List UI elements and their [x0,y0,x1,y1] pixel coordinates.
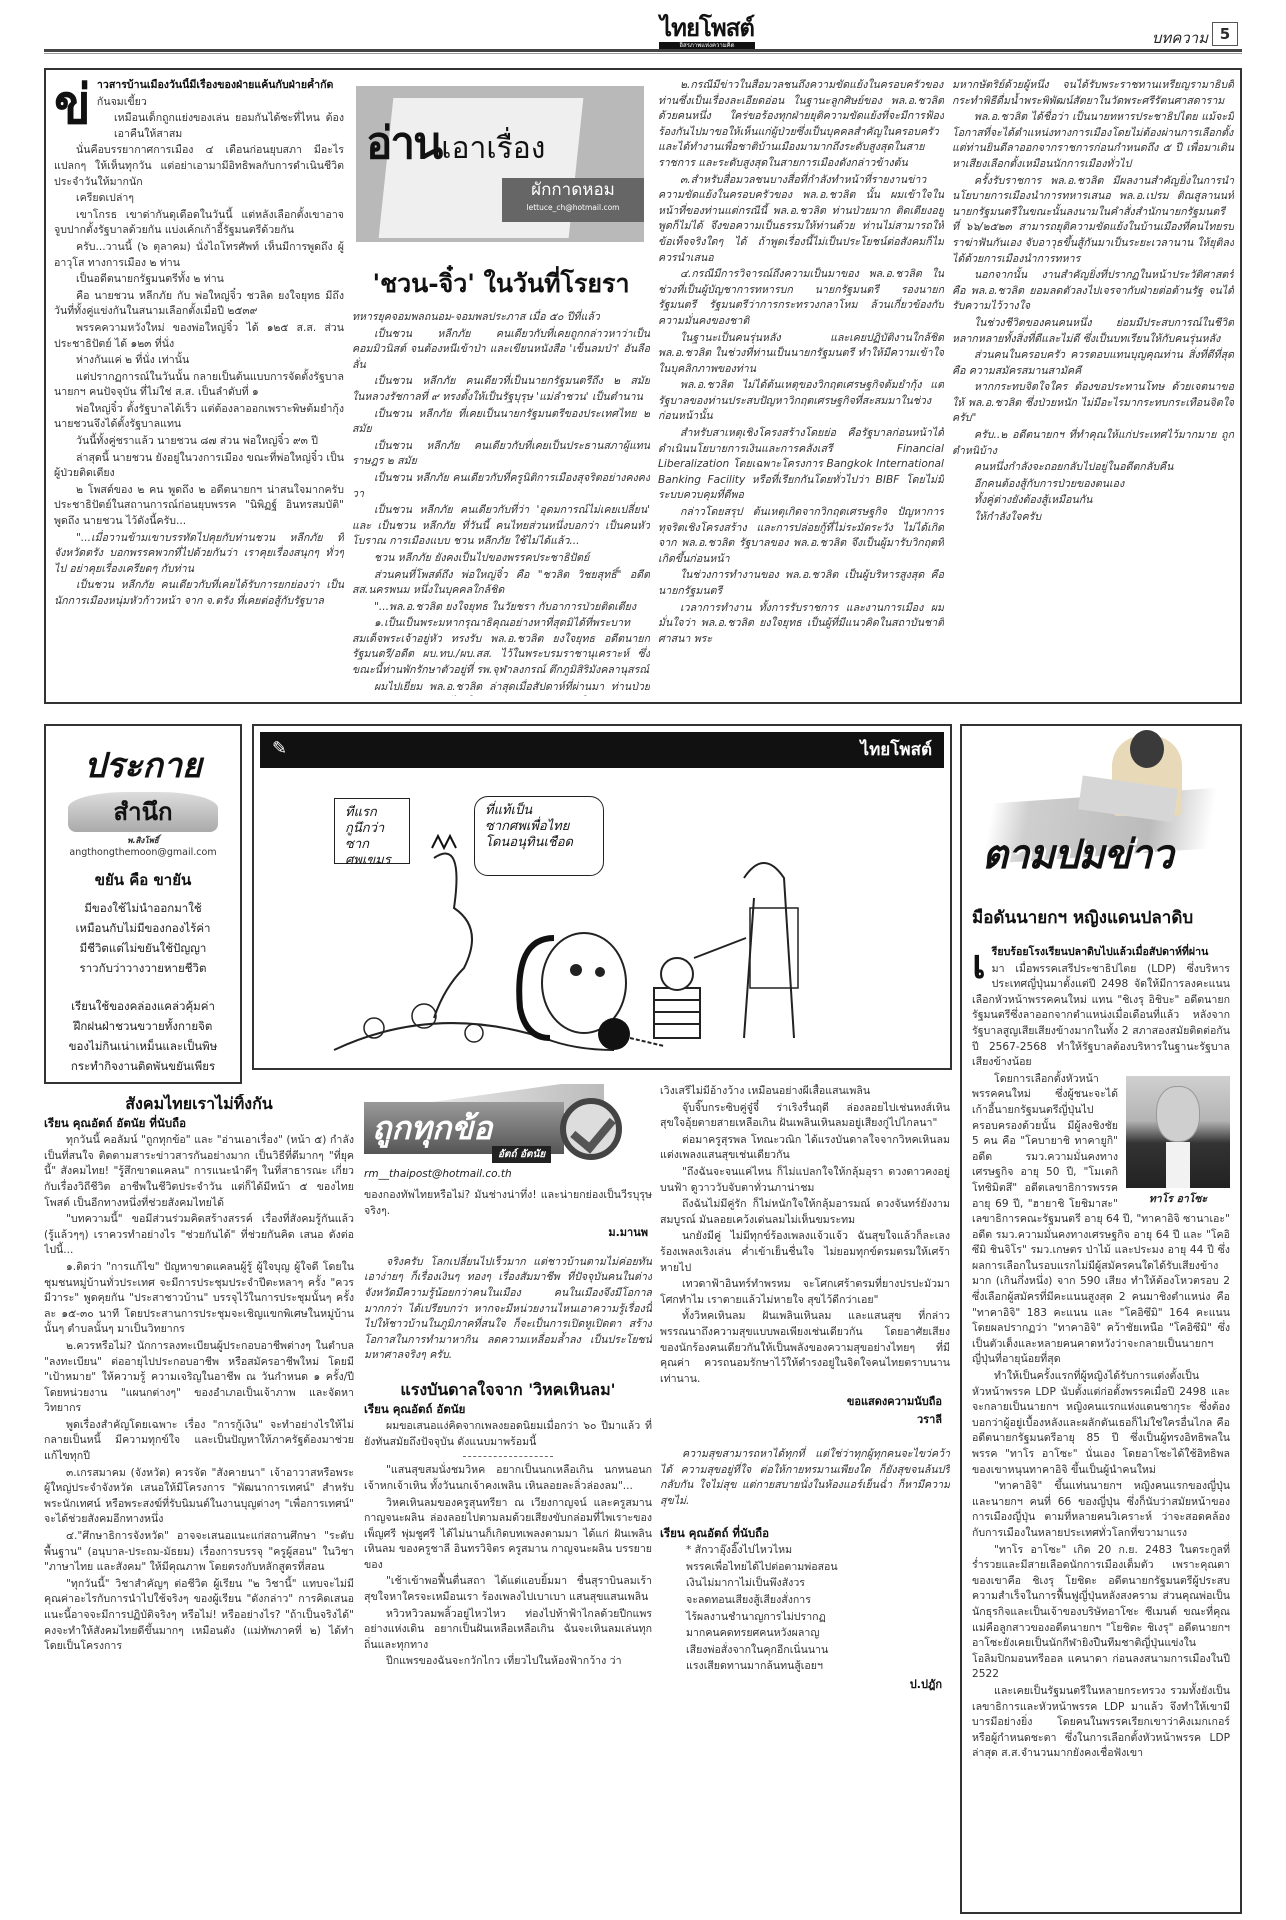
poem-line: แรงเสียดทานมากล้นทนสู้เอยฯ [660,1659,950,1675]
paragraph: เป็นชวน หลีกภัย คนเดียวกับที่เคยเป็นประธ… [352,439,650,470]
bubble-line: โดนอนุทินเชือด [485,835,593,851]
paragraph: "ถึงฉันจะจนแค่ไหน ก็ไม่แปลกใจให้กลุ้มอุร… [660,1165,950,1196]
paragraph: ทหารยุคจอมพลถนอม-จอมพลประภาส เมื่อ ๕๐ ปี… [352,310,650,326]
letter-signature: ม.มานพ [364,1225,652,1241]
bubble-line: ที่แท้เป็น [485,803,593,819]
paragraph: แต่ปรากฏการณ์ในวันนั้น กลายเป็นต้นแบบการ… [54,370,344,401]
paragraph: สำหรับสาเหตุเชิงโครงสร้างโดยย่อ คือรัฐบา… [658,426,944,504]
paragraph: วิหคเหินลมของครูสุนทรียา ณ เวียงกาญจน์ แ… [364,1496,652,1574]
face-shape [1156,1086,1200,1142]
paragraph: ห่างกันแค่ ๒ ที่นั่ง เท่านั้น [54,353,344,369]
poem-line: ไร้ผลงานชำนาญการไม่ปรากฏ [660,1610,950,1626]
tonpon-khao-column: ตามปมข่าว มือดันนายกฯ หญิงแดนปลาดิบ เ รี… [960,724,1242,1914]
paragraph: ๔.กรณีมีการวิจารณ์ถึงความเป็นมาของ พล.อ.… [658,267,944,329]
paragraph: ต่อมาครูสุรพล โทณะวณิก ได้แรงบันดาลใจจาก… [660,1133,950,1164]
paragraph: เป็นชวน หลีกภัย คนเดียวกับที่เคยถูกกล่าว… [352,327,650,374]
paragraph: กล่าวโดยสรุป ต้นเหตุเกิดจากวิกฤตเศรษฐกิจ… [658,505,944,567]
tonpon-logo: ตามปมข่าว [962,726,1240,896]
column-byline: ผักกาดหอม lettuce_ch@hotmail.com [502,178,644,222]
paragraph: ล่าสุดนี้ นายชวน ยังอยู่ในวงการเมือง ขณะ… [54,451,344,482]
paragraph: เครียดเปล่าๆ [54,191,344,207]
letter-title: แรงบันดาลใจจาก 'วิหคเหินลม' [364,1382,652,1398]
quote-paragraph: เป็นชวน หลีกภัย คนเดียวกับที่เคยได้รับกา… [54,578,344,609]
photo-caption: ทาโร อาโซะ [1126,1192,1230,1208]
cartoon-drawing: ทีแรก กูนึกว่าซาก ศพเขมร ที่แท้เป็น ซากศ… [314,788,894,1064]
paragraph: หวิวหวิวลมพลิ้วอยู่ไหวไหว ท่องไปท้าฟ้าไก… [364,1607,652,1654]
paragraph: พ่อใหญ่จิ๋ว ตั้งรัฐบาลได้เร็ว แต่ต้องลาอ… [54,402,344,433]
paragraph: และเคยเป็นรัฐมนตรีในหลายกระทรวง รวมทั้งย… [972,1684,1230,1762]
letter-salutation: เรียน คุณอัตถ์ อัตนัย ที่นับถือ [44,1116,354,1132]
paragraph: อีกคนต้องสู้กับการป่วยของตนเอง [952,477,1234,493]
poem-line: เสียงพ่อสั่งจากในคุกอีกเนิ่นนาน [660,1643,950,1659]
poem-line: กระทำกิจงานติดพันขยันเพียร [46,1056,240,1076]
paragraph: นอกจากนั้น งานสำคัญยิ่งที่ปรากฏในหน้าประ… [952,268,1234,315]
signature-closing: ขอแสดงความนับถือ [660,1393,950,1411]
poem: * สักวาอุ๊งอิ๊งไปไหวไหม พรรคเพื่อไทยได้ไ… [660,1543,950,1675]
paragraph: ๒.กรณีมีข่าวในสื่อมวลชนถึงความขัดแย้งในค… [658,78,944,172]
paragraph: ๒ โพสต์ของ ๒ คน พูดถึง ๒ อดีตนายกฯ น่าสน… [54,483,344,530]
paragraph: ส่วนคนในครอบครัว ควรตอบแทนบุญคุณท่าน สิ่… [952,348,1234,379]
poem-line: ราวกับว่าวางวายหายชีวิต [46,958,240,978]
editor-reply: จริงครับ โลกเปลี่ยนไปเร็วมาก แต่ชาวบ้านต… [364,1255,652,1364]
cartoon-brand: ไทยโพสต์ [861,736,932,764]
section-label: บทความ [1152,26,1208,50]
tonpon-headline: มือดันนายกฯ หญิงแดนปลาดิบ [962,896,1240,945]
tukthuk-column: ถูกทุกข้อ อัตถ์ อัตนัย rm__thaipost@hotm… [364,1084,652,1914]
speech-bubble-left: ทีแรก กูนึกว่าซาก ศพเขมร [334,798,410,864]
poem-line: ฝึกฝนฝ่าชวนขวายทั้งกายจิต [46,1016,240,1036]
top-article-box: ข่ าวสารบ้านเมืองวันนี้มีเรื่องของฝ่ายแค… [44,68,1242,704]
article-column-2: อ่านเอาเรื่อง ผักกาดหอม lettuce_ch@hotma… [352,78,650,696]
paragraph: ครับ...วานนี้ (๖ ตุลาคม) นั่งไถโทรศัพท์ … [54,240,344,271]
lead-text: าวสารบ้านเมืองวันนี้มีเรื่องของฝ่ายแค้นก… [54,78,344,94]
poem-line: เหมือนกับไม่มีของกองไร้ค่า [46,918,240,938]
paragraph: จุ๊บจิ๊บกระซิบคู่จู๋จี๋ ร่าเริงรื่นฤดี ล… [660,1101,950,1132]
paragraph: เป็นชวน หลีกภัย คนเดียวกับที่ครูนิติการเ… [352,471,650,502]
column-banner-anaoreuang: อ่านเอาเรื่อง ผักกาดหอม lettuce_ch@hotma… [356,86,644,242]
poem-line: มีของใช้ไม่นำออกมาใช้ [46,898,240,918]
paragraph: เป็นชวน หลีกภัย ที่เคยเป็นนายกรัฐมนตรีขอ… [352,407,650,438]
poem-author: พ.สิงโพธิ์ [46,834,240,847]
paragraph: "บทความนี้" ขอมีส่วนร่วมคิดสร้างสรรค์ เร… [44,1212,354,1259]
cartoon-header-bar: ✎ ไทยโพสต์ [260,732,944,768]
poem-title: ขยัน คือ ขายัน [46,868,240,892]
paragraph: หากกระทบจิตใจใคร ต้องขอประทานโทษ ด้วยเจต… [952,380,1234,427]
paragraph: "ทาคาอิจิ" ขึ้นแท่นนายกฯ หญิงคนแรกของญี่… [972,1479,1230,1541]
logo-text: ไทยโพสต์ [642,14,772,42]
prakai-logo: ประกาย [46,738,240,792]
masthead: ไทยโพสต์ อิสรภาพแห่งความคิด บทความ 5 [44,0,1242,56]
cartoonist-mark-icon: ✎ [272,738,318,762]
paragraph: พล.อ.ชวลิต ไม่ได้ต้นเหตุของวิกฤตเศรษฐกิจ… [658,378,944,425]
paragraph: เป็นชวน หลีกภัย คนเดียวที่เป็นนายกรัฐมนต… [352,374,650,405]
author-email[interactable]: lettuce_ch@hotmail.com [502,202,644,214]
paragraph: ในช่วงการทำงานของ พล.อ.ชวลิต เป็นผู้บริห… [658,568,944,599]
letter-social-column: สังคมไทยเราไม่ทิ้งกัน เรียน คุณอัตถ์ อัต… [44,1094,354,1914]
paragraph: ทั้งคู่ต่างยังต้องสู้เหมือนกัน [952,493,1234,509]
article-column-1: ข่ าวสารบ้านเมืองวันนี้มีเรื่องของฝ่ายแค… [54,78,344,696]
paragraph: ๓.เกรสมาคม (จังหวัด) ควรจัด "สังคายนา" เ… [44,1466,354,1528]
poem-author-email[interactable]: angthongthemoon@gmail.com [46,847,240,858]
quote: เหมือนเด็กถูกแย่งของเล่น ยอมกันได้ซะที่ไ… [54,111,344,142]
paragraph: ทุกวันนี้ คอลัมน์ "ถูกทุกข้อ" และ "อ่านเ… [44,1133,354,1211]
bubble-line: ทีแรก [345,805,399,821]
article-column-4: มหากษัตริย์ด้วยผู้หนึ่ง จนได้รับพระราชทา… [952,78,1234,696]
paragraph: ให้กำลังใจครับ [952,510,1234,526]
paragraph: "ทาโร อาโซะ" เกิด 20 ก.ย. 2483 ในตระกูลท… [972,1543,1230,1683]
paragraph: นั่นคือบรรยากาศการเมือง ๔ เดือนก่อนยุบสภ… [54,143,344,190]
paragraph: มหากษัตริย์ด้วยผู้หนึ่ง จนได้รับพระราชทา… [952,78,1234,109]
paragraph: ในฐานะเป็นคนรุ่นหลัง และเคยปฏิบัติงานใกล… [658,331,944,378]
paragraph: คนหนึ่งกำลังจะถอยกลับไปอยู่ในอดีตกลับคืน [952,460,1234,476]
header-rule [44,49,1242,52]
tukthuk-email[interactable]: rm__thaipost@hotmail.co.th [364,1168,512,1180]
paragraph: "...พล.อ.ชวลิต ยงใจยุทธ ในวัยชรา กับอากา… [352,600,650,616]
paragraph: ๔."ศึกษาธิการจังหวัด" อาจจะเสนอแนะแก่สถา… [44,1529,354,1576]
poem-line: มีชีวิตแต่ไม่ขยันใช้ปัญญา [46,938,240,958]
lead-text: รียบร้อยโรงเรียนปลาดิบไปแล้วเมื่อสัปดาห์… [972,945,1230,961]
letter-salutation: เรียน คุณอัตถ์ อัตนัย [364,1402,652,1418]
letter-title: สังคมไทยเราไม่ทิ้งกัน [44,1096,354,1112]
poem-line: เงินไม่มากาไม่เป็นพึงสังวร [660,1576,950,1592]
poem-line: * สักวาอุ๊งอิ๊งไปไหวไหม [660,1543,950,1559]
column-title-small: เอาเรื่อง [441,131,545,166]
paragraph: เป็นชวน หลีกภัย คนเดียวกับที่ว่า 'อุดมกา… [352,503,650,550]
paragraph: ๑.ติดว่า "การแก้ไข" ปัญหาขาดแคลนผู้รู้ ผ… [44,1260,354,1338]
quote-paragraph: "...เมื่อวานข้ามเขาบรรทัดไปคุยกับท่านชวน… [54,531,344,578]
poem-line: มากคนคดทรยศคนหวังผลาญ [660,1626,950,1642]
paragraph: ผมไปเยี่ยม พล.อ.ชวลิต ล่าสุดเมื่อสัปดาห์… [352,680,650,696]
paragraph: "ทุกวันนี้" วิชาสำคัญๆ ต่อชีวิต ผู้เรียน… [44,1577,354,1655]
paragraph: เวลาการทำงาน ทั้งการรับราชการ และงานการเ… [658,601,944,648]
paragraph: ๒.ควรหรือไม่? นักการลงทะเบียนผู้ประกอบอา… [44,1339,354,1417]
dropcap: เ [972,945,986,985]
poem-line: เรียนใช้ของคล่องแคล่วคุ้มค่า [46,996,240,1016]
tonpon-body: เ รียบร้อยโรงเรียนปลาดิบไปแล้วเมื่อสัปดา… [962,945,1240,1762]
poem-line: จะลดทอนเสียงสู้เสียงสั่งการ [660,1593,950,1609]
divider [463,1456,553,1457]
bubble-line: กูนึกว่าซาก [345,821,399,853]
checkmark-icon [560,1098,622,1160]
poem-line: ของไม่กินเน่าเหม็นและเป็นพิษ [46,1036,240,1056]
paragraph: พล.อ.ชวลิต ได้ชื่อว่า เป็นนายทหารประชาธิ… [952,110,1234,172]
letter-signature: ป.ปฎัก [660,1676,950,1694]
prakai-samnuek-box: ประกาย สำนึก พ.สิงโพธิ์ angthongthemoon@… [44,724,242,1084]
shirt-shape [1166,1142,1190,1188]
page-number: 5 [1212,22,1238,46]
poem-verse-1: มีของใช้ไม่นำออกมาใช้ เหมือนกับไม่มีของก… [46,898,240,978]
paragraph: มา เมื่อพรรคเสรีประชาธิปไตย (LDP) ซึ่งบร… [972,962,1230,1071]
paragraph: คือ นายชวน หลีกภัย กับ พ่อใหญ่จิ๋ว ชวลิต… [54,289,344,320]
article-headline: 'ชวน-จิ๋ว' ในวันที่โรยรา [352,264,650,304]
paragraph: ๓.สำหรับสื่อมวลชนบางสื่อที่กำลังทำหน้าที… [658,173,944,267]
paragraph: ส่วนคนที่โพสต์ถึง พ่อใหญ่จิ๋ว คือ "ชวลิต… [352,568,650,599]
photo-taro-aso: ทาโร อาโซะ [1126,1076,1230,1208]
paragraph: "เช้าเข้าพอฟื้นตื่นสถา ได้แต่แอบยิ้มมา ช… [364,1574,652,1605]
paragraph: ในช่วงชีวิตของคนคนหนึ่ง ย่อมมีประสบการณ์… [952,316,1234,347]
paragraph: ชวน หลีกภัย ยังคงเป็นไปของพรรคประชาธิปัต… [352,551,650,567]
author-name: ผักกาดหอม [502,178,644,202]
paragraph: เขาโกรธ เขาด่ากันดุเดือดในวันนี้ แต่หลัง… [54,208,344,239]
column-title-big: อ่าน [366,118,441,169]
speech-bubble-right: ที่แท้เป็น ซากศพเพื่อไทย โดนอนุทินเชือด [474,796,604,876]
tukthuk-author: อัตถ์ อัตนัย [492,1146,551,1163]
reader-head [1130,730,1164,768]
poem-verse-2: เรียนใช้ของคล่องแคล่วคุ้มค่า ฝึกฝนฝ่าชวน… [46,996,240,1076]
paragraph: ปีกแพรของฉันจะกวักไกว เที่ยวไปในห้องฟ้าก… [364,1654,652,1670]
paragraph: ผมขอเสนอแง่คิดจากเพลงยอดนิยมเมื่อกว่า ๖๐… [364,1419,652,1450]
portrait-image [1126,1076,1230,1188]
paragraph: "แสนสุขสมนั่งชมวิหค อยากเป็นนกเหลือเกิน … [364,1463,652,1494]
paragraph: ถึงฉันไม่มีคู่รัก ก็ไม่หนักใจให้กลุ้มอาร… [660,1197,950,1228]
paragraph: ทั้งวิหคเหินลม ฝันเพลินเหินลม และแสนสุข … [660,1309,950,1387]
paragraph: เทวดาฟ้าอินทร์ทำพรหม จะโศกเศร้าตรมที่ยาง… [660,1277,950,1308]
paragraph: เวิงเสรีไม่มีอ้างว้าง เหมือนอย่างผีเสื้อ… [660,1084,950,1100]
letter-salutation: เรียน คุณอัตถ์ ที่นับถือ [660,1526,950,1542]
tukthuk-banner: ถูกทุกข้อ อัตถ์ อัตนัย rm__thaipost@hotm… [364,1084,652,1188]
paragraph: พูดเรื่องสำคัญโดยเฉพาะ เรื่อง "การกู้เงิ… [44,1418,354,1465]
paragraph: พรรคความหวังใหม่ ของพ่อใหญ่จิ๋ว ได้ ๑๒๕ … [54,321,344,352]
editorial-cartoon: ✎ ไทยโพสต์ [252,724,952,1070]
article-column-3: ๒.กรณีมีข่าวในสื่อมวลชนถึงความขัดแย้งในค… [658,78,944,696]
bubble-line: ศพเขมร [345,853,399,869]
tonpon-brand: ตามปมข่าว [982,822,1173,886]
column-title: อ่านเอาเรื่อง [366,108,545,178]
paragraph: กันจมเขี้ยว [54,95,344,111]
paragraph: นกยังมีคู่ ไม่มีทุกข์ร้องเพลงแจ้วแจ้ว ฉั… [660,1229,950,1276]
paragraph: ของกองทัพไทยหรือไม่? มันช่างน่าทึ่ง! และ… [364,1188,652,1219]
signature-name: วราลี [660,1411,950,1429]
paragraph: ทำให้เป็นครั้งแรกที่ผู้หญิงได้รับการแต่ง… [972,1369,1230,1478]
newspaper-logo: ไทยโพสต์ อิสรภาพแห่งความคิด [642,14,772,54]
editor-reply: ความสุขสามารถหาได้ทุกที่ แต่ใช่ว่าทุกผู้… [660,1447,950,1509]
paragraph: ครับ..๒ อดีตนายกฯ ที่ทำคุณให้แก่ประเทศไว… [952,428,1234,459]
letters-continued-column: เวิงเสรีไม่มีอ้างว้าง เหมือนอย่างผีเสื้อ… [660,1084,950,1914]
header-rule-thin [44,53,1242,54]
paragraph: วันนี้ทั้งคู่ชราแล้ว นายชวน ๘๗ ส่วน พ่อใ… [54,434,344,450]
dropcap: ข่ [54,80,91,130]
poem-line: พรรคเพื่อไทยได้ไปต่อตามพ่อสอน [660,1560,950,1576]
samnuek-ribbon: สำนึก [68,792,218,832]
paragraph: ๑.เป็นเป็นพระมหากรุณาธิคุณอย่างหาที่สุดม… [352,616,650,678]
paragraph: เป็นอดีตนายกรัฐมนตรีทั้ง ๒ ท่าน [54,272,344,288]
bubble-line: ซากศพเพื่อไทย [485,819,593,835]
paragraph: ครั้งรับราชการ พล.อ.ชวลิต มีผลงานสำคัญยิ… [952,174,1234,268]
